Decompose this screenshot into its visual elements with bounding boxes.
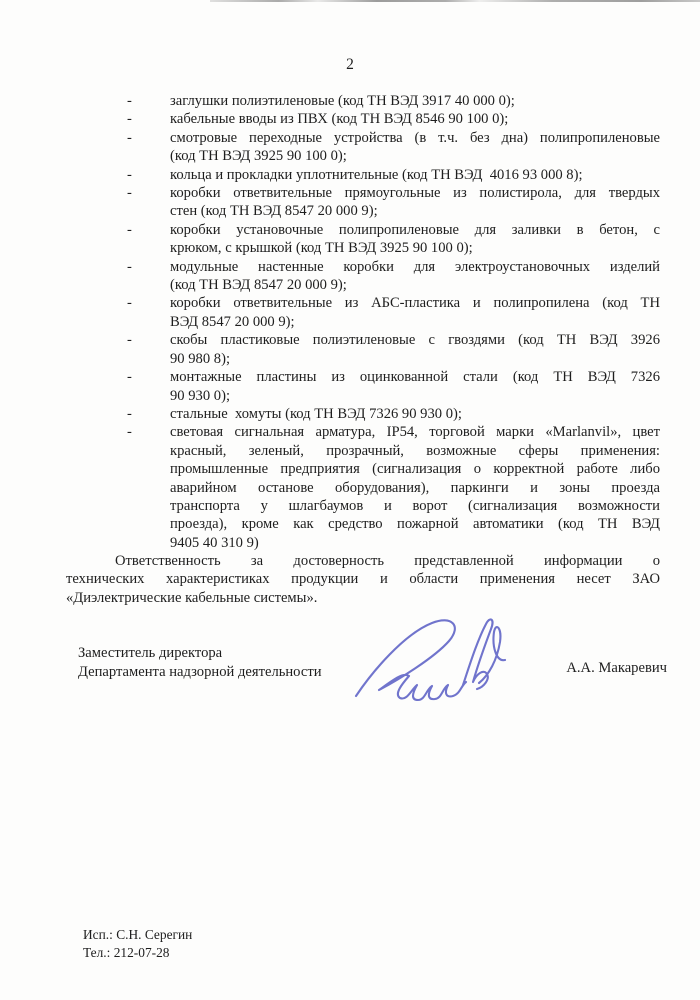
text-line: «Диэлектрические кабельные системы».: [66, 589, 660, 607]
bullet-dash: -: [127, 184, 132, 202]
text-line: транспорта у шлагбаумов и ворот (сигнали…: [170, 497, 660, 515]
text-line: ВЭД 8547 20 000 9);: [170, 313, 660, 331]
text-line: скобы пластиковые полиэтиленовые с гвозд…: [170, 331, 660, 349]
list-item: -стальные хомуты (код ТН ВЭД 7326 90 930…: [170, 405, 660, 423]
text-line: световая сигнальная арматура, IP54, торг…: [170, 423, 660, 441]
signoff-name: А.А. Макаревич: [535, 660, 667, 677]
text-line: стен (код ТН ВЭД 8547 20 000 9);: [170, 202, 660, 220]
list-item: -смотровые переходные устройства (в т.ч.…: [170, 129, 660, 166]
bullet-dash: -: [127, 129, 132, 147]
list-item: -световая сигнальная арматура, IP54, тор…: [170, 423, 660, 552]
bullet-dash: -: [127, 368, 132, 386]
phone-line: Тел.: 212-07-28: [83, 944, 192, 962]
signoff-title: Заместитель директора Департамента надзо…: [78, 644, 322, 681]
product-list: -заглушки полиэтиленовые (код ТН ВЭД 391…: [170, 92, 660, 552]
text-line: красный, зеленый, прозрачный, возможные …: [170, 442, 660, 460]
list-item: -коробки ответвительные прямоугольные из…: [170, 184, 660, 221]
text-line: технических характеристиках продукции и …: [66, 570, 660, 588]
text-line: кабельные вводы из ПВХ (код ТН ВЭД 8546 …: [170, 110, 660, 128]
text-line: Ответственность за достоверность предста…: [66, 552, 660, 570]
bullet-dash: -: [127, 166, 132, 184]
bullet-dash: -: [127, 423, 132, 441]
list-item: -заглушки полиэтиленовые (код ТН ВЭД 391…: [170, 92, 660, 110]
bullet-dash: -: [127, 405, 132, 423]
list-item: -модульные настенные коробки для электро…: [170, 258, 660, 295]
bullet-dash: -: [127, 331, 132, 349]
bullet-dash: -: [127, 221, 132, 239]
text-line: стальные хомуты (код ТН ВЭД 7326 90 930 …: [170, 405, 660, 423]
text-line: модульные настенные коробки для электроу…: [170, 258, 660, 276]
text-line: (код ТН ВЭД 8547 20 000 9);: [170, 276, 660, 294]
footer: Исп.: С.Н. Серегин Тел.: 212-07-28: [83, 926, 192, 961]
list-item: -кольца и прокладки уплотнительные (код …: [170, 166, 660, 184]
text-line: коробки ответвительные из АБС-пластика и…: [170, 294, 660, 312]
text-line: 9405 40 310 9): [170, 534, 660, 552]
list-item: -коробки установочные полипропиленовые д…: [170, 221, 660, 258]
handwritten-signature: [348, 610, 510, 708]
list-item: -скобы пластиковые полиэтиленовые с гвоз…: [170, 331, 660, 368]
text-line: крюком, с крышкой (код ТН ВЭД 3925 90 10…: [170, 239, 660, 257]
list-item: -кабельные вводы из ПВХ (код ТН ВЭД 8546…: [170, 110, 660, 128]
text-line: промышленные предприятия (сигнализация о…: [170, 460, 660, 478]
text-line: смотровые переходные устройства (в т.ч. …: [170, 129, 660, 147]
text-line: коробки ответвительные прямоугольные из …: [170, 184, 660, 202]
page-number: 2: [0, 56, 700, 74]
text-line: монтажные пластины из оцинкованной стали…: [170, 368, 660, 386]
signoff-title-line: Заместитель директора: [78, 644, 322, 663]
bullet-dash: -: [127, 258, 132, 276]
bullet-dash: -: [127, 92, 132, 110]
text-line: заглушки полиэтиленовые (код ТН ВЭД 3917…: [170, 92, 660, 110]
text-line: коробки установочные полипропиленовые дл…: [170, 221, 660, 239]
text-line: аварийном останове оборудования), паркин…: [170, 479, 660, 497]
scan-artifact-top-edge: [210, 0, 700, 2]
text-line: кольца и прокладки уплотнительные (код Т…: [170, 166, 660, 184]
text-line: (код ТН ВЭД 3925 90 100 0);: [170, 147, 660, 165]
bullet-dash: -: [127, 110, 132, 128]
document-page: 2 -заглушки полиэтиленовые (код ТН ВЭД 3…: [0, 0, 700, 1000]
text-line: 90 980 8);: [170, 350, 660, 368]
responsibility-paragraph: Ответственность за достоверность предста…: [66, 552, 660, 607]
text-line: проезда), кроме как средство пожарной ав…: [170, 515, 660, 533]
list-item: -коробки ответвительные из АБС-пластика …: [170, 294, 660, 331]
list-item: -монтажные пластины из оцинкованной стал…: [170, 368, 660, 405]
bullet-dash: -: [127, 294, 132, 312]
executor-line: Исп.: С.Н. Серегин: [83, 926, 192, 944]
text-line: 90 930 0);: [170, 387, 660, 405]
signoff-title-line: Департамента надзорной деятельности: [78, 663, 322, 682]
